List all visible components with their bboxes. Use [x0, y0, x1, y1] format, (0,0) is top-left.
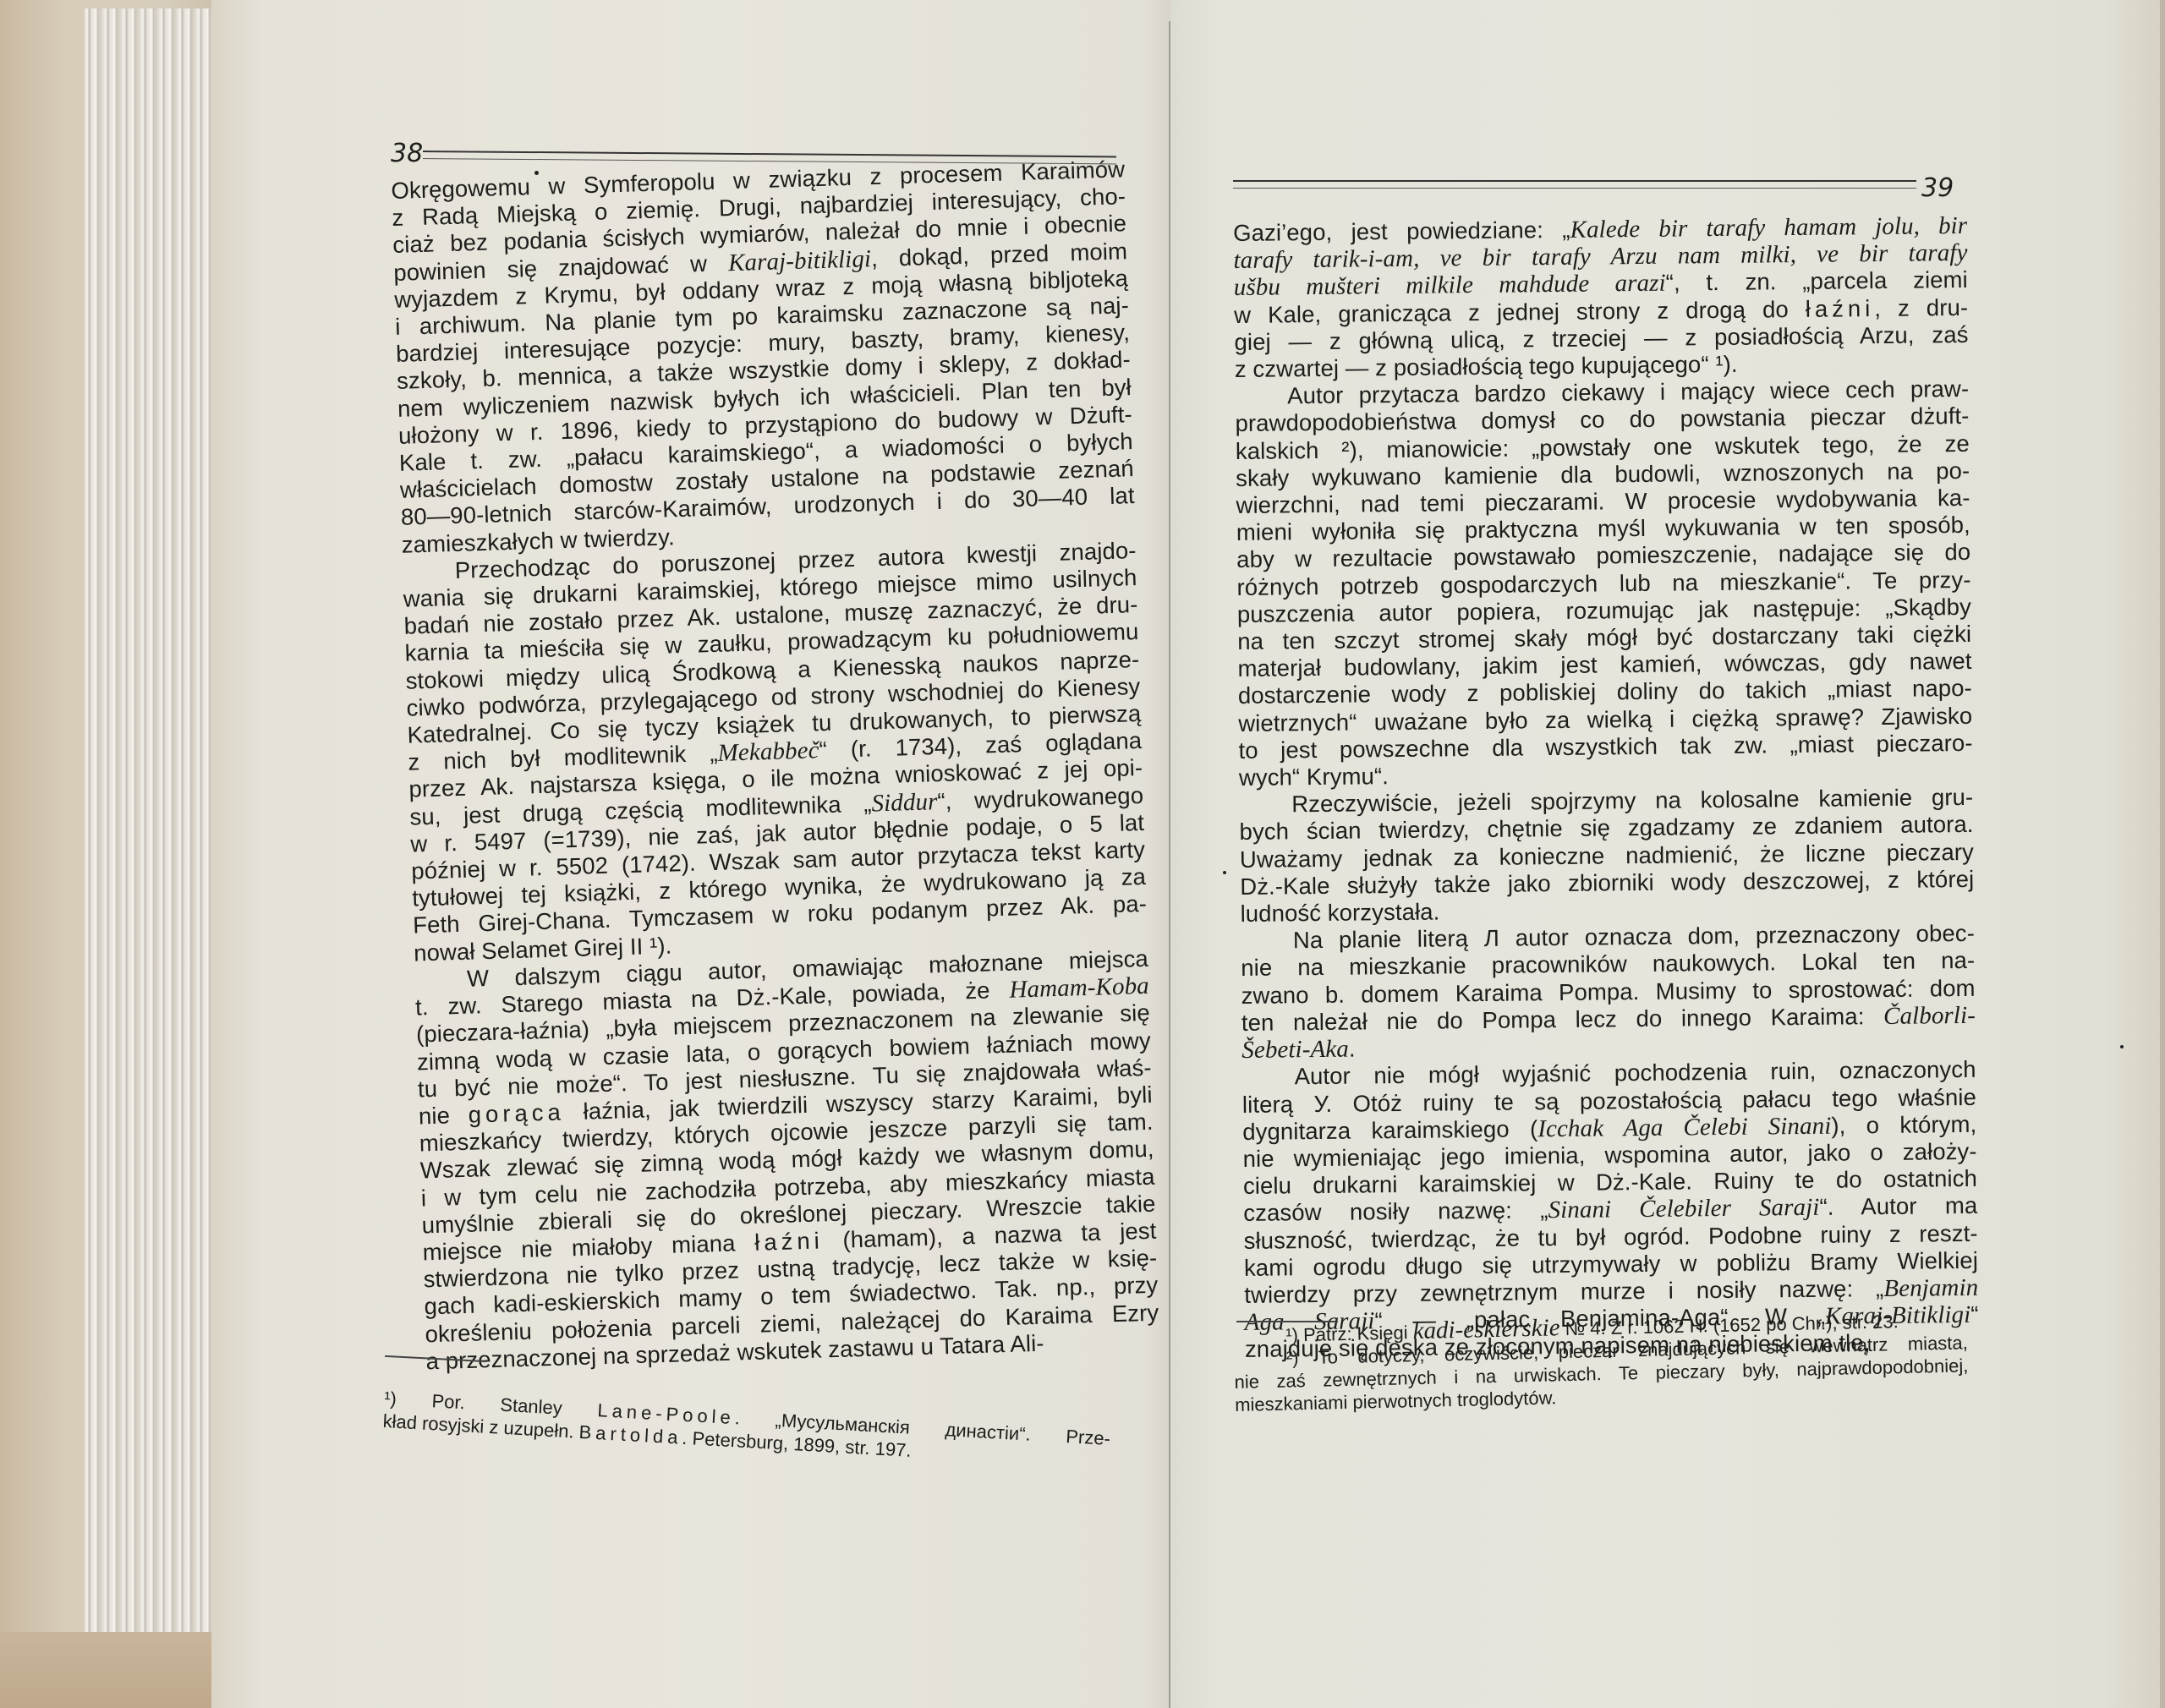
spaced-text: łaźni — [1806, 295, 1875, 322]
right-page-footnotes: ¹) Patrz: Księgi kadi-eskierskie № 4. Z … — [1233, 1307, 1969, 1416]
italic-text: Karaj-bitikligi — [728, 245, 872, 276]
left-page-number: 38 — [391, 139, 423, 168]
italic-text: Čalborli- — [1883, 1002, 1976, 1030]
italic-text: kadi-eskierskie — [1412, 1314, 1560, 1344]
cover-edge — [0, 1632, 228, 1708]
italic-text: Icchak Aga Čelebi Sinani — [1537, 1112, 1831, 1142]
right-page-body-text: Gazi’ego, jest powiedziane: „Kalede bir … — [1233, 212, 1979, 1364]
spaced-text: łaźni — [754, 1227, 824, 1255]
italic-text: Mekabbeč — [717, 737, 819, 768]
italic-text: Hamam-Koba — [1009, 972, 1149, 1004]
left-page-body-text: Okręgowemu w Symferopolu w związku z pro… — [391, 156, 1160, 1375]
italic-text: Benjamin — [1883, 1274, 1978, 1302]
italic-text: Sinani Čelebiler Saraji — [1548, 1194, 1819, 1224]
italic-text: Siddur — [871, 788, 938, 817]
italic-text: ušbu mušteri milkile mahdude arazi — [1234, 270, 1666, 301]
right-page-number: 39 — [1921, 173, 1954, 203]
margin-speck — [2120, 1045, 2124, 1048]
italic-text: Kalede bir tarafy hamam jolu, bir — [1570, 212, 1967, 244]
right-header-rule — [1233, 180, 1916, 189]
spaced-text: Bartolda — [578, 1421, 682, 1448]
right-page-edge — [2160, 0, 2165, 1708]
italic-text: Šebeti-Aka — [1241, 1036, 1349, 1064]
spaced-text: gorąca — [468, 1098, 565, 1127]
margin-speck — [1223, 871, 1226, 874]
